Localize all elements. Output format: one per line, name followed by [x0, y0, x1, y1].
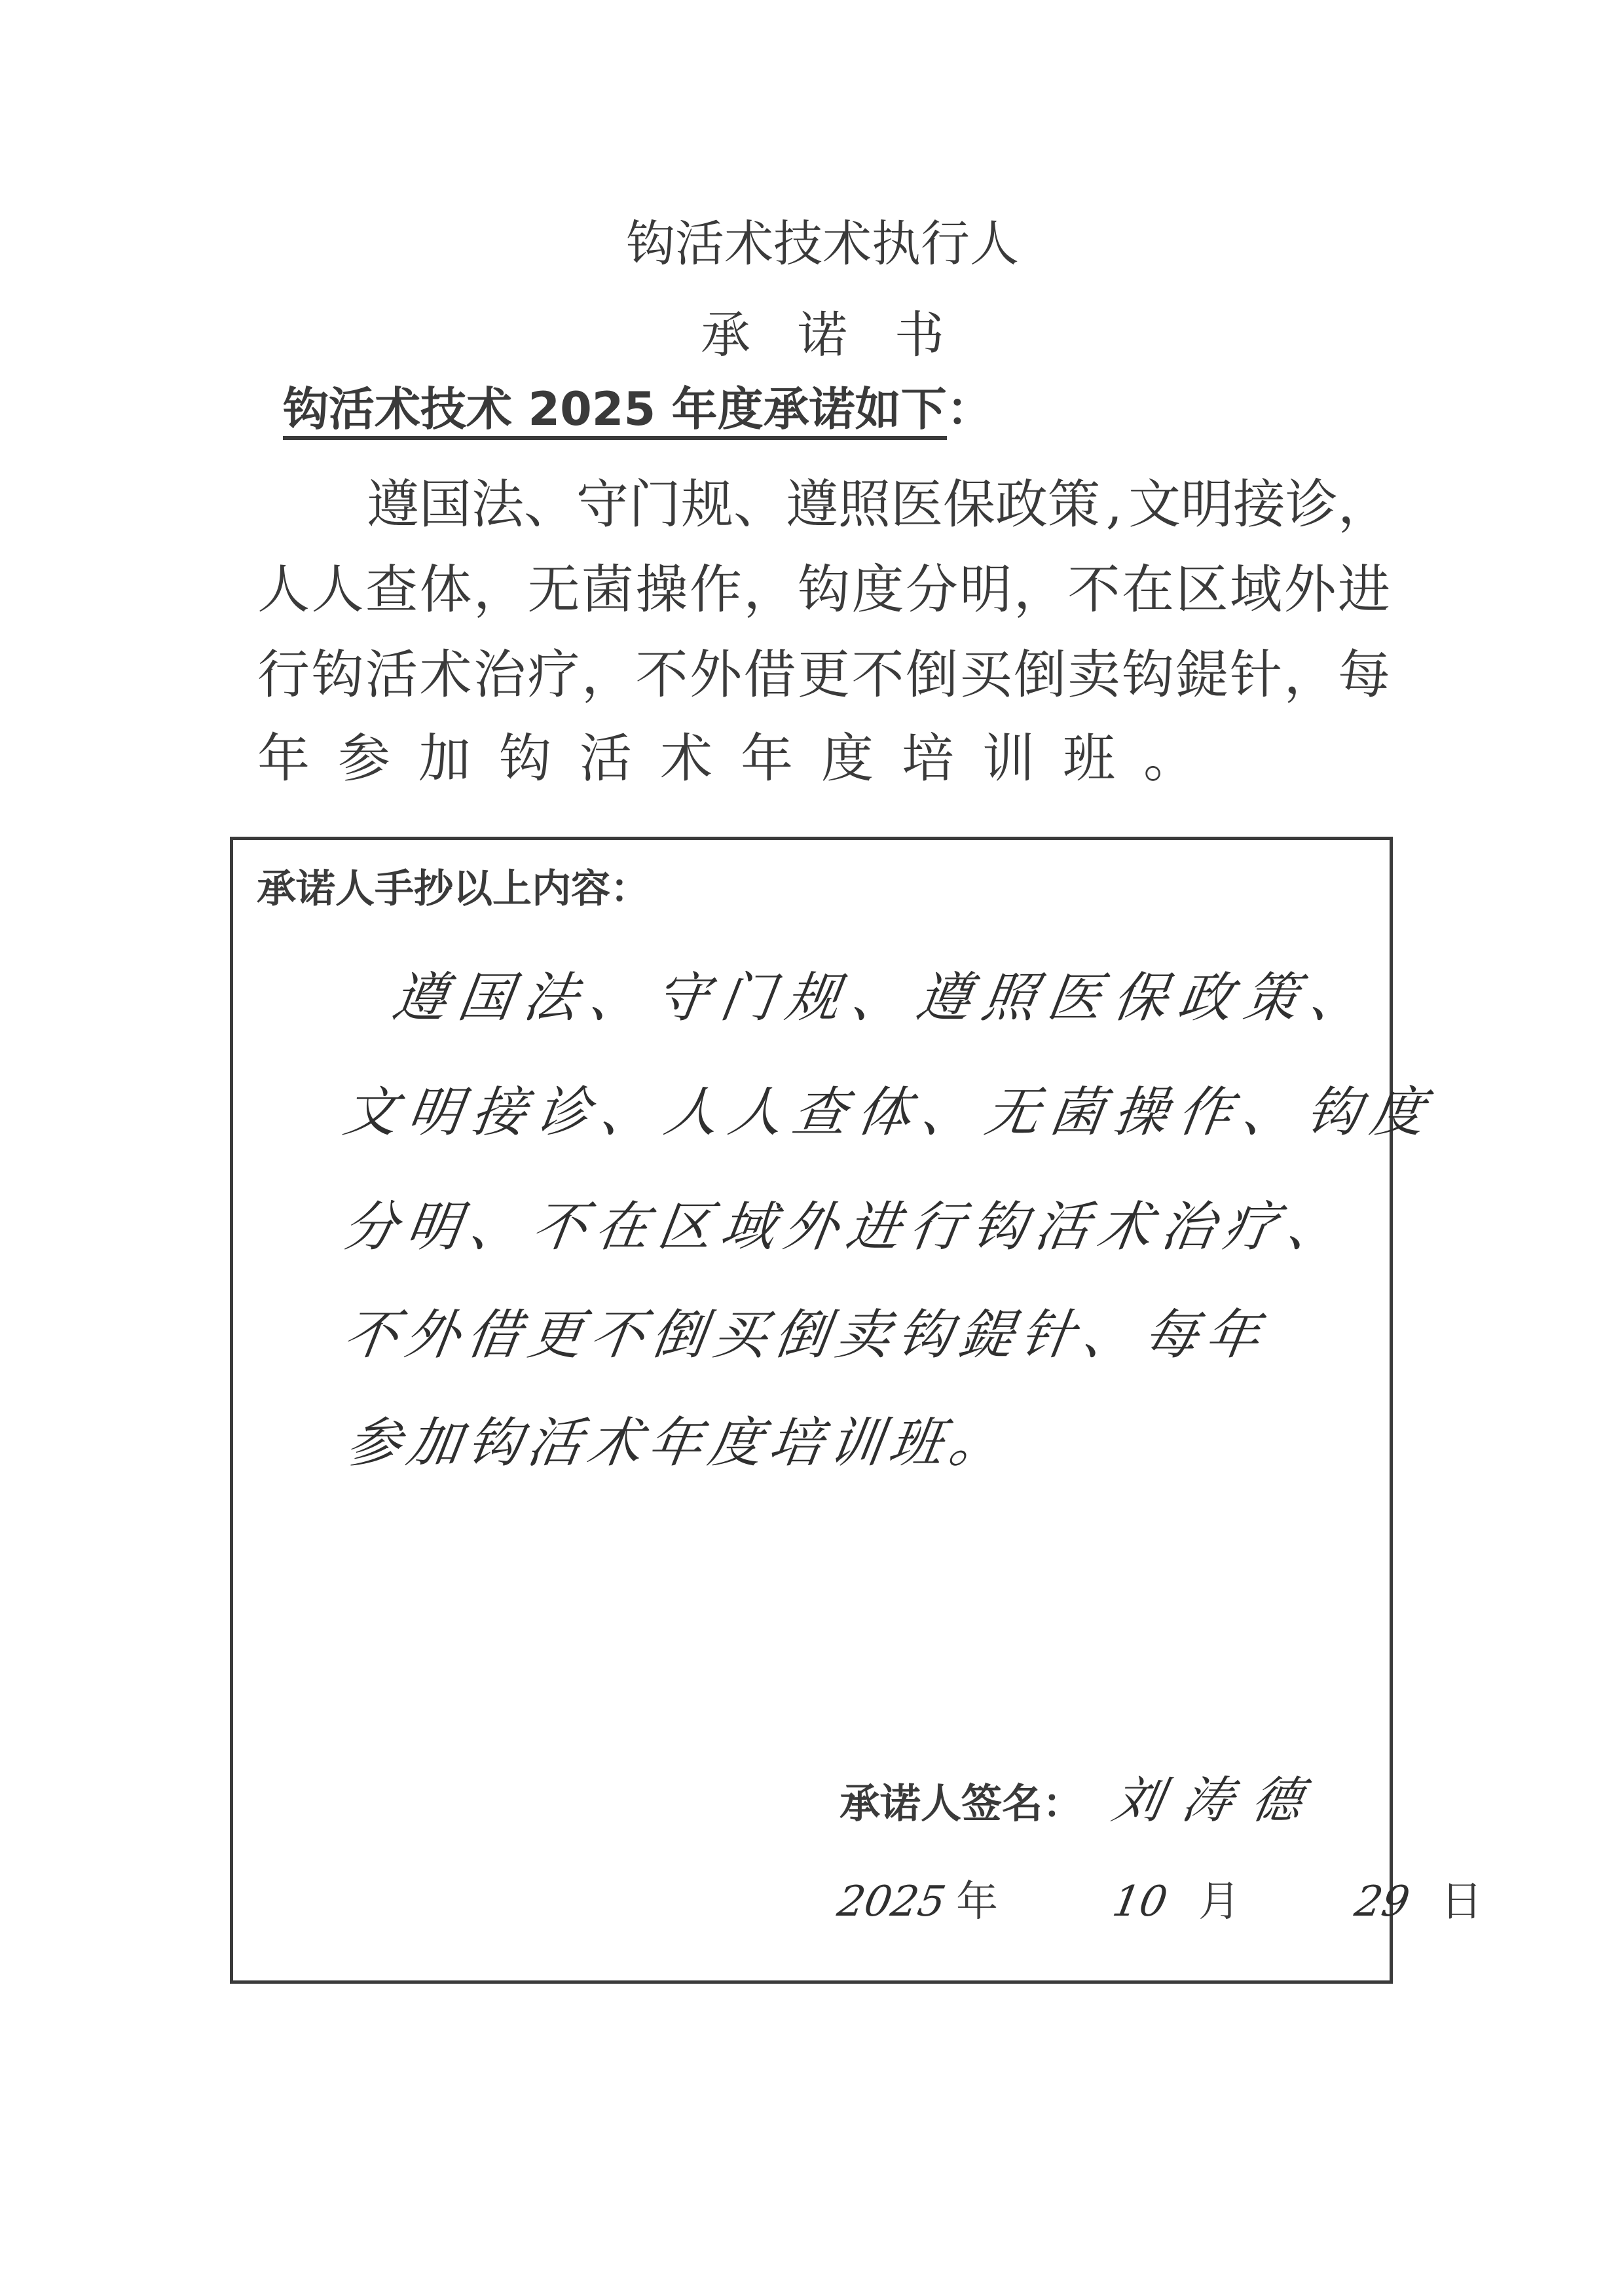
body-char: 卖	[1068, 632, 1120, 718]
body-line-2: 人人查体，无菌操作，钩度分明，不在区域外进	[257, 547, 1390, 632]
signature: 刘涛德	[1107, 1768, 1327, 1833]
body-char: 、	[524, 462, 576, 547]
body-char: 治	[473, 632, 526, 718]
body-char: 门	[629, 462, 681, 547]
body-char: 度	[852, 547, 904, 632]
body-char: 年	[257, 716, 310, 801]
date-day-unit: 日	[1441, 1872, 1483, 1931]
body-char: ,	[1100, 462, 1128, 547]
body-char: 策	[1048, 462, 1100, 547]
body-char: 鍉	[1176, 632, 1228, 718]
handwritten-line-2: 文明接诊、人人查体、无菌操作、钩度	[339, 1077, 1439, 1149]
date-day: 29	[1350, 1872, 1446, 1931]
body-char: 作	[690, 547, 742, 632]
body-char: 遵	[367, 462, 419, 547]
body-char: 不	[852, 632, 904, 718]
body-char: 钩	[798, 547, 850, 632]
body-char: 针	[1230, 632, 1282, 718]
body-char: ，	[1338, 462, 1390, 547]
body-char: 倒	[906, 632, 958, 718]
body-char: 规	[681, 462, 733, 547]
body-char: 在	[1122, 547, 1174, 632]
commitment-heading: 钩活术技术 2025 年度承诺如下：	[283, 380, 993, 439]
body-char: 倒	[1014, 632, 1066, 718]
body-char: 行	[257, 632, 310, 718]
body-char: 活	[365, 632, 418, 718]
body-char: 参	[338, 716, 390, 801]
body-char: 政	[995, 462, 1048, 547]
body-char: 不	[1068, 547, 1120, 632]
body-char: 接	[1233, 462, 1285, 547]
body-line-4: 年参加钩活术年度培训班。	[257, 716, 1390, 801]
body-char: 体	[420, 547, 472, 632]
body-char: 买	[960, 632, 1012, 718]
body-char: 外	[690, 632, 742, 718]
body-char: 。	[1143, 716, 1196, 801]
body-char: 菌	[581, 547, 634, 632]
body-char: 域	[1230, 547, 1282, 632]
body-char: 照	[838, 462, 891, 547]
body-char: 人	[257, 547, 310, 632]
body-line-3: 行钩活术治疗，不外借更不倒买倒卖钩鍉针，每	[257, 632, 1390, 718]
body-char: ，	[473, 547, 526, 632]
body-char: 医	[891, 462, 943, 547]
date-year: 2025	[833, 1872, 961, 1931]
body-char: 钩	[312, 632, 364, 718]
body-char: 国	[419, 462, 471, 547]
body-char: 钩	[499, 716, 551, 801]
body-char: 明	[960, 547, 1012, 632]
body-char: 年	[741, 716, 793, 801]
signature-date: 2025 年 10 月 29 日	[838, 1872, 1483, 1931]
body-char: 借	[744, 632, 796, 718]
body-line-1: 遵国法、守门规、遵照医保政策,文明接诊，	[367, 462, 1390, 547]
date-month-unit: 月	[1198, 1872, 1277, 1931]
handwritten-line-1: 遵国法、守门规、遵照医保政策、	[388, 962, 1380, 1034]
body-char: 进	[1338, 547, 1390, 632]
commitment-heading-colon: ：	[947, 382, 993, 436]
body-char: 文	[1128, 462, 1181, 547]
body-char: 术	[420, 632, 472, 718]
body-char: 加	[418, 716, 471, 801]
document-title: 钩活术技术执行人	[0, 211, 1624, 276]
body-char: 每	[1338, 632, 1390, 718]
body-char: 活	[580, 716, 632, 801]
body-char: 更	[798, 632, 850, 718]
body-char: ，	[1014, 547, 1066, 632]
handwritten-line-3: 分明、不在区域外进行钩活术治疗、	[339, 1192, 1354, 1264]
body-char: 守	[576, 462, 629, 547]
body-char: 无	[528, 547, 580, 632]
handwritten-line-4: 不外借更不倒买倒卖钩鍉针、每年	[339, 1300, 1272, 1372]
body-char: 外	[1284, 547, 1337, 632]
signature-label: 承诺人签名：	[840, 1774, 1083, 1833]
body-char: 遵	[786, 462, 838, 547]
body-char: 区	[1176, 547, 1228, 632]
body-char: 保	[943, 462, 995, 547]
handwritten-line-5: 参加钩活术年度培训班。	[342, 1408, 1014, 1480]
document-subtitle: 承诺书	[0, 302, 1624, 368]
body-char: 查	[365, 547, 418, 632]
body-char: 术	[660, 716, 712, 801]
body-char: ，	[744, 547, 796, 632]
body-char: 法	[471, 462, 524, 547]
body-char: 疗	[528, 632, 580, 718]
body-char: ，	[581, 632, 634, 718]
body-char: 分	[906, 547, 958, 632]
body-char: 钩	[1122, 632, 1174, 718]
date-month: 10	[1108, 1872, 1204, 1931]
copy-box-label: 承诺人手抄以上内容：	[257, 863, 650, 915]
commitment-heading-underlined: 钩活术技术 2025 年度承诺如下	[283, 382, 947, 440]
body-char: 明	[1181, 462, 1233, 547]
body-char: 不	[636, 632, 688, 718]
body-char: 培	[902, 716, 954, 801]
body-char: 人	[312, 547, 364, 632]
body-char: 诊	[1285, 462, 1338, 547]
body-char: 度	[821, 716, 874, 801]
body-char: ，	[1284, 632, 1337, 718]
body-char: 班	[1063, 716, 1115, 801]
date-year-unit: 年	[956, 1872, 1035, 1931]
body-char: 、	[733, 462, 786, 547]
body-char: 操	[636, 547, 688, 632]
body-char: 训	[982, 716, 1035, 801]
